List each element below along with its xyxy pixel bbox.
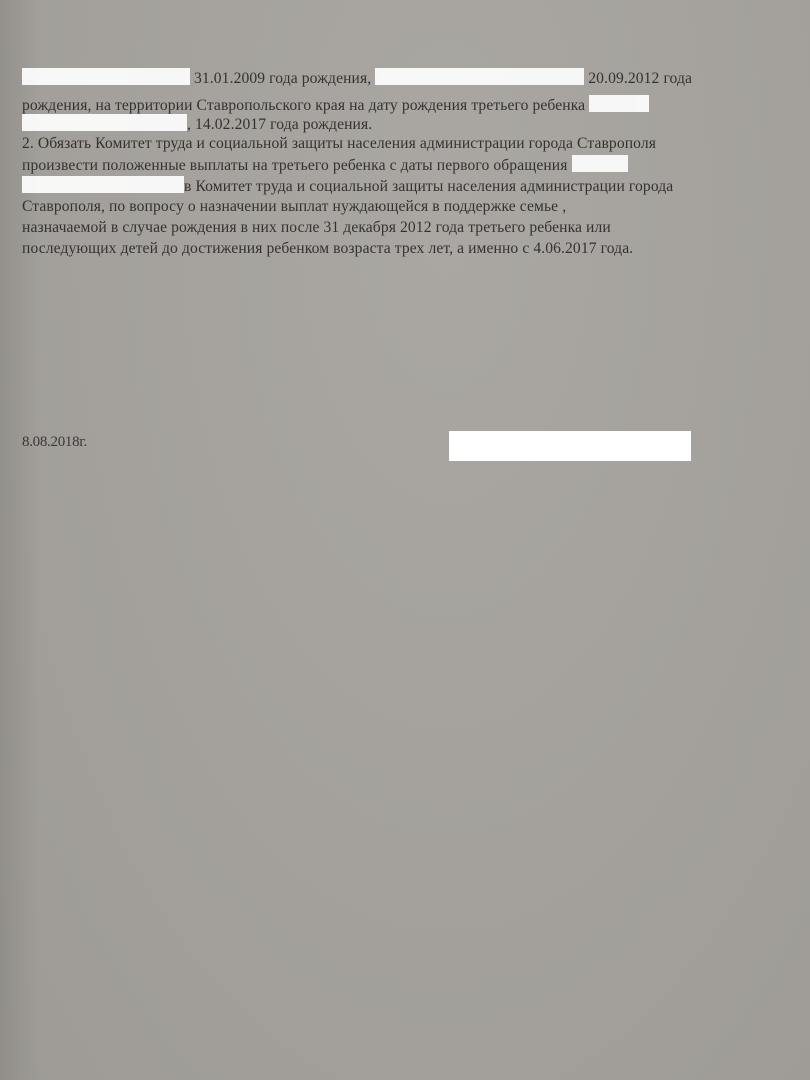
paragraph-2-line-5: назначаемой в случае рождения в них посл…	[22, 218, 611, 238]
text-segment: 2. Обязать Комитет труда и социальной за…	[22, 135, 656, 152]
paragraph-2-line-2: произвести положенные выплаты на третьег…	[22, 155, 628, 176]
paragraph-1-line-3: , 14.02.2017 года рождения.	[22, 114, 372, 135]
paragraph-1-line-2: рождения, на территории Ставропольского …	[22, 95, 649, 116]
signature-redaction	[449, 431, 691, 461]
text-segment: в Комитет труда и социальной защиты насе…	[184, 178, 673, 195]
redaction-block	[22, 68, 190, 85]
paragraph-1-line-1: 31.01.2009 года рождения, 20.09.2012 год…	[22, 68, 692, 89]
paragraph-2-line-6: последующих детей до достижения ребенком…	[22, 239, 633, 259]
paragraph-2-line-3: в Комитет труда и социальной защиты насе…	[22, 176, 673, 197]
text-segment: назначаемой в случае рождения в них посл…	[22, 219, 611, 236]
document-page: 31.01.2009 года рождения, 20.09.2012 год…	[0, 0, 810, 1080]
redaction-block	[22, 114, 187, 131]
redaction-block	[572, 155, 628, 172]
text-segment: произвести положенные выплаты на третьег…	[22, 157, 572, 174]
text-segment: рождения, на территории Ставропольского …	[22, 97, 589, 114]
paragraph-2-line-1: 2. Обязать Комитет труда и социальной за…	[22, 134, 656, 154]
redaction-block	[589, 95, 649, 112]
paragraph-2-line-4: Ставрополя, по вопросу о назначении выпл…	[22, 197, 566, 217]
text-segment: 20.09.2012 года	[584, 70, 692, 87]
redaction-block	[375, 68, 584, 85]
text-segment: , 14.02.2017 года рождения.	[187, 116, 372, 133]
text-segment: Ставрополя, по вопросу о назначении выпл…	[22, 198, 566, 215]
redaction-block	[22, 176, 184, 193]
text-segment: 31.01.2009 года рождения,	[190, 70, 375, 87]
text-segment: последующих детей до достижения ребенком…	[22, 240, 633, 257]
document-date: 8.08.2018г.	[22, 434, 87, 451]
